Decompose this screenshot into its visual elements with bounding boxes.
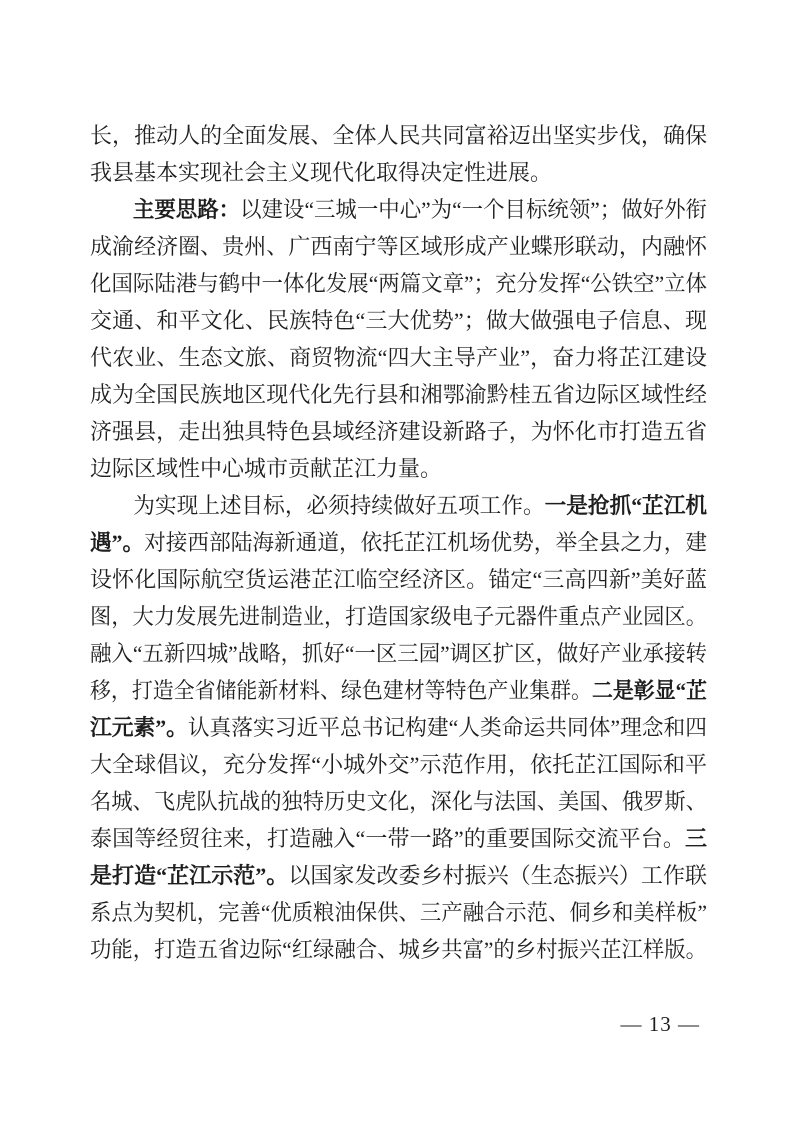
text-line-content: 主要思路：以建设“三城一中心”为“一个目标统领”；做好外衔: [90, 191, 707, 228]
text-block: 长，推动人的全面发展、全体人民共同富裕迈出坚实步伐，确保我县基本实现社会主义现代…: [90, 117, 707, 968]
text-line-content: 融入“五新四城”战略，抓好“一区三园”调区扩区，做好产业承接转: [90, 635, 707, 672]
text-line-content: 成为全国民族地区现代化先行县和湘鄂渝黔桂五省边际区域性经: [90, 376, 707, 413]
text-line-content: 图，大力发展先进制造业，打造国家级电子元器件重点产业园区。: [90, 598, 707, 635]
text-line-content: 遇”。对接西部陆海新通道，依托芷江机场优势，举全县之力，建: [90, 524, 707, 561]
text-line: 融入“五新四城”战略，抓好“一区三园”调区扩区，做好产业承接转: [90, 635, 707, 672]
text-segment: 对接西部陆海新通道，依托芷江机场优势，举全县之力，建: [144, 530, 707, 555]
text-segment: 成为全国民族地区现代化先行县和湘鄂渝黔桂五省边际区域性经: [90, 382, 707, 407]
text-line: 济强县，走出独具特色县域经济建设新路子，为怀化市打造五省: [90, 413, 707, 450]
text-line: 为实现上述目标，必须持续做好五项工作。一是抢抓“芷江机: [90, 487, 707, 524]
text-line-content: 大全球倡议，充分发挥“小城外交”示范作用，依托芷江国际和平: [90, 746, 707, 783]
text-line-content: 为实现上述目标，必须持续做好五项工作。一是抢抓“芷江机: [90, 487, 707, 524]
text-segment: 我县基本实现社会主义现代化取得决定性进展。: [90, 160, 552, 185]
bold-text-segment: 二是彰显“芷: [592, 678, 707, 703]
text-segment: 以建设“三城一中心”为“一个目标统领”；做好外衔: [240, 197, 707, 222]
text-line-content: 济强县，走出独具特色县域经济建设新路子，为怀化市打造五省: [90, 413, 707, 450]
text-line: 名城、飞虎队抗战的独特历史文化，深化与法国、美国、俄罗斯、: [90, 783, 707, 820]
bold-text-segment: 遇”。: [90, 530, 144, 555]
text-line: 设怀化国际航空货运港芷江临空经济区。锚定“三高四新”美好蓝: [90, 561, 707, 598]
text-line: 主要思路：以建设“三城一中心”为“一个目标统领”；做好外衔: [90, 191, 707, 228]
text-segment: 边际区域性中心城市贡献芷江力量。: [90, 456, 442, 481]
text-segment: 泰国等经贸往来，打造融入“一带一路”的重要国际交流平台。: [90, 826, 685, 851]
text-line: 我县基本实现社会主义现代化取得决定性进展。: [90, 154, 707, 191]
text-line-content: 是打造“芷江示范”。以国家发改委乡村振兴（生态振兴）工作联: [90, 857, 707, 894]
text-segment: 融入“五新四城”战略，抓好“一区三园”调区扩区，做好产业承接转: [90, 641, 707, 666]
text-segment: 化国际陆港与鹤中一体化发展“两篇文章”；充分发挥“公铁空”立体: [90, 271, 707, 296]
text-line: 是打造“芷江示范”。以国家发改委乡村振兴（生态振兴）工作联: [90, 857, 707, 894]
text-segment: 代农业、生态文旅、商贸物流“四大主导产业”，奋力将芷江建设: [90, 345, 707, 370]
text-line: 泰国等经贸往来，打造融入“一带一路”的重要国际交流平台。三: [90, 820, 707, 857]
text-line-content: 化国际陆港与鹤中一体化发展“两篇文章”；充分发挥“公铁空”立体: [90, 265, 707, 302]
text-line-content: 系点为契机，完善“优质粮油保供、三产融合示范、侗乡和美样板”: [90, 894, 707, 931]
text-segment: 为实现上述目标，必须持续做好五项工作。: [90, 493, 545, 518]
text-line-content: 边际区域性中心城市贡献芷江力量。: [90, 450, 442, 487]
bold-text-segment: 是打造“芷江示范”。: [90, 863, 288, 888]
text-line-content: 江元素”。认真落实习近平总书记构建“人类命运共同体”理念和四: [90, 709, 707, 746]
text-line-content: 长，推动人的全面发展、全体人民共同富裕迈出坚实步伐，确保: [90, 117, 707, 154]
text-line: 遇”。对接西部陆海新通道，依托芷江机场优势，举全县之力，建: [90, 524, 707, 561]
text-line: 系点为契机，完善“优质粮油保供、三产融合示范、侗乡和美样板”: [90, 894, 707, 931]
text-segment: 认真落实习近平总书记构建“人类命运共同体”理念和四: [188, 715, 707, 740]
document-page: 长，推动人的全面发展、全体人民共同富裕迈出坚实步伐，确保我县基本实现社会主义现代…: [0, 0, 793, 1122]
bold-text-segment: 三: [685, 826, 707, 851]
text-line: 长，推动人的全面发展、全体人民共同富裕迈出坚实步伐，确保: [90, 117, 707, 154]
text-line-content: 名城、飞虎队抗战的独特历史文化，深化与法国、美国、俄罗斯、: [90, 783, 707, 820]
text-line-content: 交通、和平文化、民族特色“三大优势”；做大做强电子信息、现: [90, 302, 707, 339]
text-segment: 成渝经济圈、贵州、广西南宁等区域形成产业蝶形联动，内融怀: [90, 234, 707, 259]
bold-text-segment: 主要思路：: [133, 197, 240, 222]
text-line-content: 代农业、生态文旅、商贸物流“四大主导产业”，奋力将芷江建设: [90, 339, 707, 376]
text-segment: 济强县，走出独具特色县域经济建设新路子，为怀化市打造五省: [90, 419, 707, 444]
text-segment: 图，大力发展先进制造业，打造国家级电子元器件重点产业园区。: [90, 604, 707, 629]
text-segment: [90, 197, 133, 222]
text-line-content: 移，打造全省储能新材料、绿色建材等特色产业集群。二是彰显“芷: [90, 672, 707, 709]
text-segment: 名城、飞虎队抗战的独特历史文化，深化与法国、美国、俄罗斯、: [90, 789, 707, 814]
text-line: 大全球倡议，充分发挥“小城外交”示范作用，依托芷江国际和平: [90, 746, 707, 783]
text-segment: 交通、和平文化、民族特色“三大优势”；做大做强电子信息、现: [90, 308, 707, 333]
text-segment: 功能，打造五省边际“红绿融合、城乡共富”的乡村振兴芷江样版。: [90, 937, 707, 962]
text-line: 交通、和平文化、民族特色“三大优势”；做大做强电子信息、现: [90, 302, 707, 339]
page-number: — 13 —: [621, 1012, 701, 1036]
text-segment: 移，打造全省储能新材料、绿色建材等特色产业集群。: [90, 678, 592, 703]
text-line: 移，打造全省储能新材料、绿色建材等特色产业集群。二是彰显“芷: [90, 672, 707, 709]
text-line: 江元素”。认真落实习近平总书记构建“人类命运共同体”理念和四: [90, 709, 707, 746]
text-segment: 设怀化国际航空货运港芷江临空经济区。锚定“三高四新”美好蓝: [90, 567, 707, 592]
text-line: 成渝经济圈、贵州、广西南宁等区域形成产业蝶形联动，内融怀: [90, 228, 707, 265]
text-segment: 长，推动人的全面发展、全体人民共同富裕迈出坚实步伐，确保: [90, 123, 707, 148]
text-line: 边际区域性中心城市贡献芷江力量。: [90, 450, 707, 487]
text-line-content: 功能，打造五省边际“红绿融合、城乡共富”的乡村振兴芷江样版。: [90, 931, 707, 968]
text-line-content: 我县基本实现社会主义现代化取得决定性进展。: [90, 154, 552, 191]
text-line-content: 成渝经济圈、贵州、广西南宁等区域形成产业蝶形联动，内融怀: [90, 228, 707, 265]
bold-text-segment: 江元素”。: [90, 715, 188, 740]
bold-text-segment: 一是抢抓“芷江机: [545, 493, 707, 518]
text-line-content: 泰国等经贸往来，打造融入“一带一路”的重要国际交流平台。三: [90, 820, 707, 857]
text-line: 代农业、生态文旅、商贸物流“四大主导产业”，奋力将芷江建设: [90, 339, 707, 376]
text-line: 图，大力发展先进制造业，打造国家级电子元器件重点产业园区。: [90, 598, 707, 635]
text-line: 成为全国民族地区现代化先行县和湘鄂渝黔桂五省边际区域性经: [90, 376, 707, 413]
text-line-content: 设怀化国际航空货运港芷江临空经济区。锚定“三高四新”美好蓝: [90, 561, 707, 598]
text-segment: 以国家发改委乡村振兴（生态振兴）工作联: [288, 863, 707, 888]
text-segment: 系点为契机，完善“优质粮油保供、三产融合示范、侗乡和美样板”: [90, 900, 707, 925]
text-segment: 大全球倡议，充分发挥“小城外交”示范作用，依托芷江国际和平: [90, 752, 707, 777]
text-line: 化国际陆港与鹤中一体化发展“两篇文章”；充分发挥“公铁空”立体: [90, 265, 707, 302]
text-line: 功能，打造五省边际“红绿融合、城乡共富”的乡村振兴芷江样版。: [90, 931, 707, 968]
